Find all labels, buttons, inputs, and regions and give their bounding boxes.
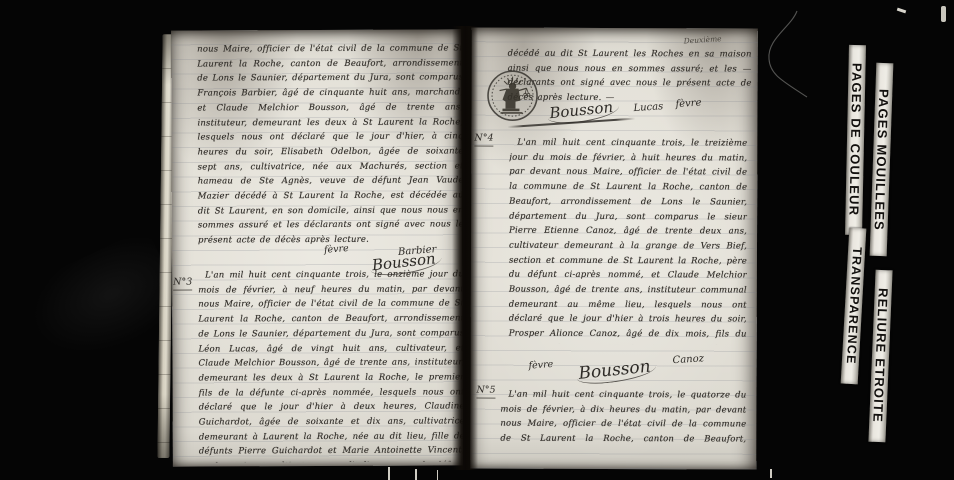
book-gutter-shadow	[452, 26, 478, 470]
official-seal-icon	[485, 68, 539, 124]
condition-label-text: TRANSPARENCE	[842, 247, 866, 365]
condition-label-transparence: TRANSPARENCE	[841, 228, 867, 385]
act-number-margin: N°5	[476, 386, 495, 399]
official-signature: fèvre	[675, 97, 702, 110]
condition-label-pages-mouillees: PAGES MOUILLEES	[870, 63, 894, 256]
act-5-text: L'an mil huit cent cinquante trois, le q…	[500, 388, 746, 449]
register-right-page: Deuxième décédé au dit St Laurent les Ro…	[470, 28, 758, 470]
act-continuation-text: décédé au dit St Laurent les Roches en s…	[507, 47, 751, 107]
official-signature: fèvre	[324, 243, 349, 256]
witness-signature: Bousson	[576, 358, 658, 386]
condition-label-text: PAGES DE COULEUR	[845, 63, 865, 217]
register-left-page: nous Maire, officier de l'état civil de …	[171, 29, 463, 466]
act-continuation-text: nous Maire, officier de l'état civil de …	[197, 41, 463, 248]
page-edge-tick	[770, 469, 772, 478]
scan-speck	[941, 6, 946, 22]
condition-label-text: RELIURE ETROITE	[869, 288, 892, 424]
page-edge-tick	[388, 467, 390, 480]
act-number-margin: N°3	[173, 278, 192, 291]
page-edge-tick	[437, 470, 438, 480]
condition-label-pages-de-couleur: PAGES DE COULEUR	[845, 45, 866, 235]
witness-signature: Lucas	[633, 101, 663, 114]
scan-speck	[897, 8, 906, 14]
act-4-text: L'an mil huit cent cinquante trois, le t…	[509, 136, 748, 345]
witness-signature: Canoz	[672, 353, 704, 366]
official-signature: fèvre	[528, 359, 553, 372]
condition-label-text: PAGES MOUILLEES	[871, 88, 893, 231]
condition-label-reliure-etroite: RELIURE ETROITE	[868, 270, 892, 443]
archive-scan-viewport: nous Maire, officier de l'état civil de …	[0, 0, 954, 480]
thread-artifact	[755, 5, 825, 115]
page-edge-tick	[415, 469, 417, 480]
act-3-text: L'an mil huit cent cinquante trois, le o…	[198, 267, 463, 462]
folio-corner-note: Deuxième	[684, 35, 722, 45]
